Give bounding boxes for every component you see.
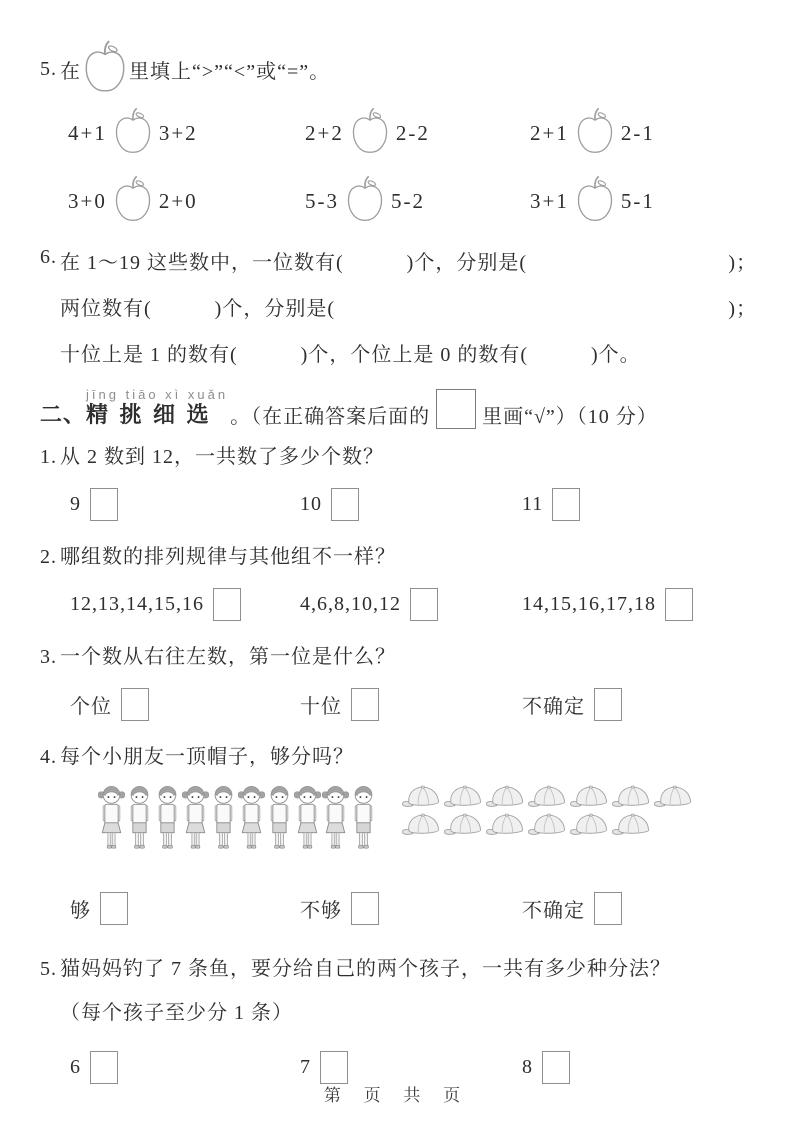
section-instructions-part2: 里画“√”）（10 分） <box>482 400 658 429</box>
child-figure <box>294 780 321 862</box>
child-figure <box>238 780 265 862</box>
question-number: 6. <box>40 246 57 269</box>
option-label: 8 <box>522 1056 533 1079</box>
option-label: 个位 <box>70 690 112 719</box>
answer-option: 十位 <box>300 688 522 721</box>
child-figure <box>210 780 237 862</box>
right-expression: 2+0 <box>159 189 198 214</box>
cap-icon <box>485 812 525 839</box>
answer-option: 够 <box>70 892 300 925</box>
options-row: 9 10 11 <box>40 488 757 521</box>
comparison-item: 2+2 2-2 <box>305 104 530 162</box>
worksheet-page: 5. 在 里填上“>”“<”或“=”。 4+1 <box>0 0 793 1122</box>
choice-question-1: 1. 从 2 数到 12，一共数了多少个数？ 9 10 11 <box>40 443 757 521</box>
answer-checkbox[interactable] <box>331 488 359 521</box>
q6-line-1: 在 1～19 这些数中，一位数有( )个，分别是( )； <box>60 246 757 292</box>
answer-option: 14,15,16,17,18 <box>522 588 757 621</box>
section-2-header: 二、 jīng tiāo xì xuǎn 精 挑 细 选 。（在正确答案后面的 … <box>40 388 757 429</box>
answer-checkbox[interactable] <box>90 1051 118 1084</box>
option-label: 不确定 <box>522 894 585 923</box>
q6-line-2-text: 两位数有( )个，分别是( <box>60 292 335 321</box>
option-label: 12,13,14,15,16 <box>70 593 204 616</box>
answer-checkbox[interactable] <box>594 892 622 925</box>
answer-option: 不够 <box>300 892 522 925</box>
answer-checkbox[interactable] <box>410 588 438 621</box>
q5-prompt-after: 里填上“>”“<”或“=”。 <box>129 55 330 84</box>
q6-line-2: 两位数有( )个，分别是( )； <box>60 292 757 338</box>
q5-prompt: 5. 在 里填上“>”“<”或“=”。 <box>40 40 757 98</box>
cap-icon <box>527 812 567 839</box>
options-row: 够 不够 不确定 <box>40 892 757 925</box>
question-text: 从 2 数到 12，一共数了多少个数？ <box>60 443 384 472</box>
comparison-item: 3+1 5-1 <box>530 172 757 230</box>
cap-icon <box>653 784 693 811</box>
comparison-grid: 4+1 3+2 2+2 <box>40 104 757 230</box>
cap-icon <box>401 812 441 839</box>
child-figure <box>154 780 181 862</box>
children-group <box>98 780 377 862</box>
comparison-item: 2+1 2-1 <box>530 104 757 162</box>
left-expression: 3+1 <box>530 189 569 214</box>
cap-icon <box>443 784 483 811</box>
section-title-wrap: jīng tiāo xì xuǎn 精 挑 细 选 <box>86 388 228 429</box>
child-figure <box>182 780 209 862</box>
apple-answer-blank[interactable] <box>344 175 386 227</box>
choice-question-5: 5. 猫妈妈钓了 7 条鱼，要分给自己的两个孩子，一共有多少种分法？（每个孩子至… <box>40 947 757 1084</box>
apple-answer-blank[interactable] <box>112 175 154 227</box>
question-6-blanks: 6. 在 1～19 这些数中，一位数有( )个，分别是( )； 两位数有( )个… <box>40 246 757 384</box>
comparison-item: 3+0 2+0 <box>68 172 305 230</box>
child-figure <box>322 780 349 862</box>
caps-group <box>401 784 693 839</box>
left-expression: 2+1 <box>530 121 569 146</box>
right-expression: 2-1 <box>621 121 655 146</box>
cap-icon <box>611 784 651 811</box>
question-number: 5. <box>40 58 57 81</box>
answer-checkbox[interactable] <box>542 1051 570 1084</box>
option-label: 十位 <box>300 690 342 719</box>
right-expression: 5-2 <box>391 189 425 214</box>
answer-checkbox[interactable] <box>121 688 149 721</box>
answer-option: 9 <box>70 488 300 521</box>
comparison-item: 5-3 5-2 <box>305 172 530 230</box>
q6-line-3: 十位上是 1 的数有( )个，个位上是 0 的数有( )个。 <box>60 338 757 384</box>
q6-line-1-tail: )； <box>728 246 757 275</box>
option-label: 不确定 <box>522 690 585 719</box>
answer-checkbox[interactable] <box>100 892 128 925</box>
option-label: 10 <box>300 493 322 516</box>
left-expression: 3+0 <box>68 189 107 214</box>
q6-line-3-text: 十位上是 1 的数有( )个，个位上是 0 的数有( )个。 <box>60 338 641 367</box>
options-row: 个位 十位 不确定 <box>40 688 757 721</box>
option-label: 9 <box>70 493 81 516</box>
child-figure <box>350 780 377 862</box>
question-5-compare: 5. 在 里填上“>”“<”或“=”。 4+1 <box>40 40 757 230</box>
question-text: 每个小朋友一顶帽子，够分吗？ <box>60 743 354 772</box>
question-number: 4. <box>40 743 57 772</box>
answer-option: 12,13,14,15,16 <box>70 588 300 621</box>
options-row: 6 7 8 <box>40 1051 757 1084</box>
option-label: 4,6,8,10,12 <box>300 593 401 616</box>
left-expression: 2+2 <box>305 121 344 146</box>
apple-answer-blank[interactable] <box>574 175 616 227</box>
option-label: 6 <box>70 1056 81 1079</box>
caps-row-top <box>401 784 693 811</box>
option-label: 7 <box>300 1056 311 1079</box>
answer-option: 个位 <box>70 688 300 721</box>
child-figure <box>126 780 153 862</box>
choice-question-3: 3. 一个数从右往左数，第一位是什么？ 个位 十位 不确定 <box>40 643 757 721</box>
option-label: 14,15,16,17,18 <box>522 593 656 616</box>
section-instructions-part1: 。（在正确答案后面的 <box>230 400 430 429</box>
right-expression: 5-1 <box>621 189 655 214</box>
answer-checkbox[interactable] <box>351 688 379 721</box>
answer-checkbox[interactable] <box>90 488 118 521</box>
q6-line-2-tail: )； <box>728 292 757 321</box>
question-number: 3. <box>40 643 57 672</box>
apple-answer-blank[interactable] <box>574 107 616 159</box>
cap-icon <box>527 784 567 811</box>
answer-option: 6 <box>70 1051 300 1084</box>
question-number: 2. <box>40 543 57 572</box>
answer-checkbox[interactable] <box>213 588 241 621</box>
section-title-pinyin: jīng tiāo xì xuǎn <box>86 388 228 402</box>
answer-option: 不确定 <box>522 892 757 925</box>
page-footer: 第 页 共 页 <box>0 1081 793 1106</box>
choice-question-4: 4. 每个小朋友一顶帽子，够分吗？ <box>40 743 757 925</box>
q6-lines: 在 1～19 这些数中，一位数有( )个，分别是( )； 两位数有( )个，分别… <box>60 246 757 384</box>
right-expression: 3+2 <box>159 121 198 146</box>
question-number: 5. <box>40 947 57 991</box>
option-label: 够 <box>70 894 91 923</box>
caps-row-bottom <box>401 812 693 839</box>
cap-icon <box>485 784 525 811</box>
cap-icon <box>443 812 483 839</box>
children-hats-illustration <box>40 780 757 876</box>
child-figure <box>266 780 293 862</box>
section-number: 二、 <box>40 398 86 429</box>
apple-answer-blank[interactable] <box>112 107 154 159</box>
answer-option: 不确定 <box>522 688 757 721</box>
choice-question-2: 2. 哪组数的排列规律与其他组不一样？ 12,13,14,15,16 4,6,8… <box>40 543 757 621</box>
question-text: 哪组数的排列规律与其他组不一样？ <box>60 543 396 572</box>
option-label: 11 <box>522 493 543 516</box>
answer-option: 11 <box>522 488 757 521</box>
question-number: 1. <box>40 443 57 472</box>
answer-option: 10 <box>300 488 522 521</box>
apple-answer-blank[interactable] <box>349 107 391 159</box>
answer-checkbox[interactable] <box>552 488 580 521</box>
answer-checkbox[interactable] <box>594 688 622 721</box>
q5-prompt-before: 在 <box>60 55 81 84</box>
right-expression: 2-2 <box>396 121 430 146</box>
cap-icon <box>401 784 441 811</box>
child-figure <box>98 780 125 862</box>
left-expression: 4+1 <box>68 121 107 146</box>
demo-check-box <box>436 389 476 429</box>
answer-checkbox[interactable] <box>320 1051 348 1084</box>
cap-icon <box>569 784 609 811</box>
comparison-item: 4+1 3+2 <box>68 104 305 162</box>
q6-line-1-text: 在 1～19 这些数中，一位数有( )个，分别是( <box>60 246 527 275</box>
apple-icon <box>81 40 129 98</box>
answer-option: 7 <box>300 1051 522 1084</box>
answer-option: 4,6,8,10,12 <box>300 588 522 621</box>
cap-icon <box>611 812 651 839</box>
options-row: 12,13,14,15,16 4,6,8,10,12 14,15,16,17,1… <box>40 588 757 621</box>
question-text: 猫妈妈钓了 7 条鱼，要分给自己的两个孩子，一共有多少种分法？（每个孩子至少分 … <box>60 947 705 1035</box>
answer-checkbox[interactable] <box>665 588 693 621</box>
section-title: 精 挑 细 选 <box>86 402 212 428</box>
answer-checkbox[interactable] <box>351 892 379 925</box>
question-text: 一个数从右往左数，第一位是什么？ <box>60 643 396 672</box>
cap-icon <box>569 812 609 839</box>
answer-option: 8 <box>522 1051 757 1084</box>
left-expression: 5-3 <box>305 189 339 214</box>
option-label: 不够 <box>300 894 342 923</box>
